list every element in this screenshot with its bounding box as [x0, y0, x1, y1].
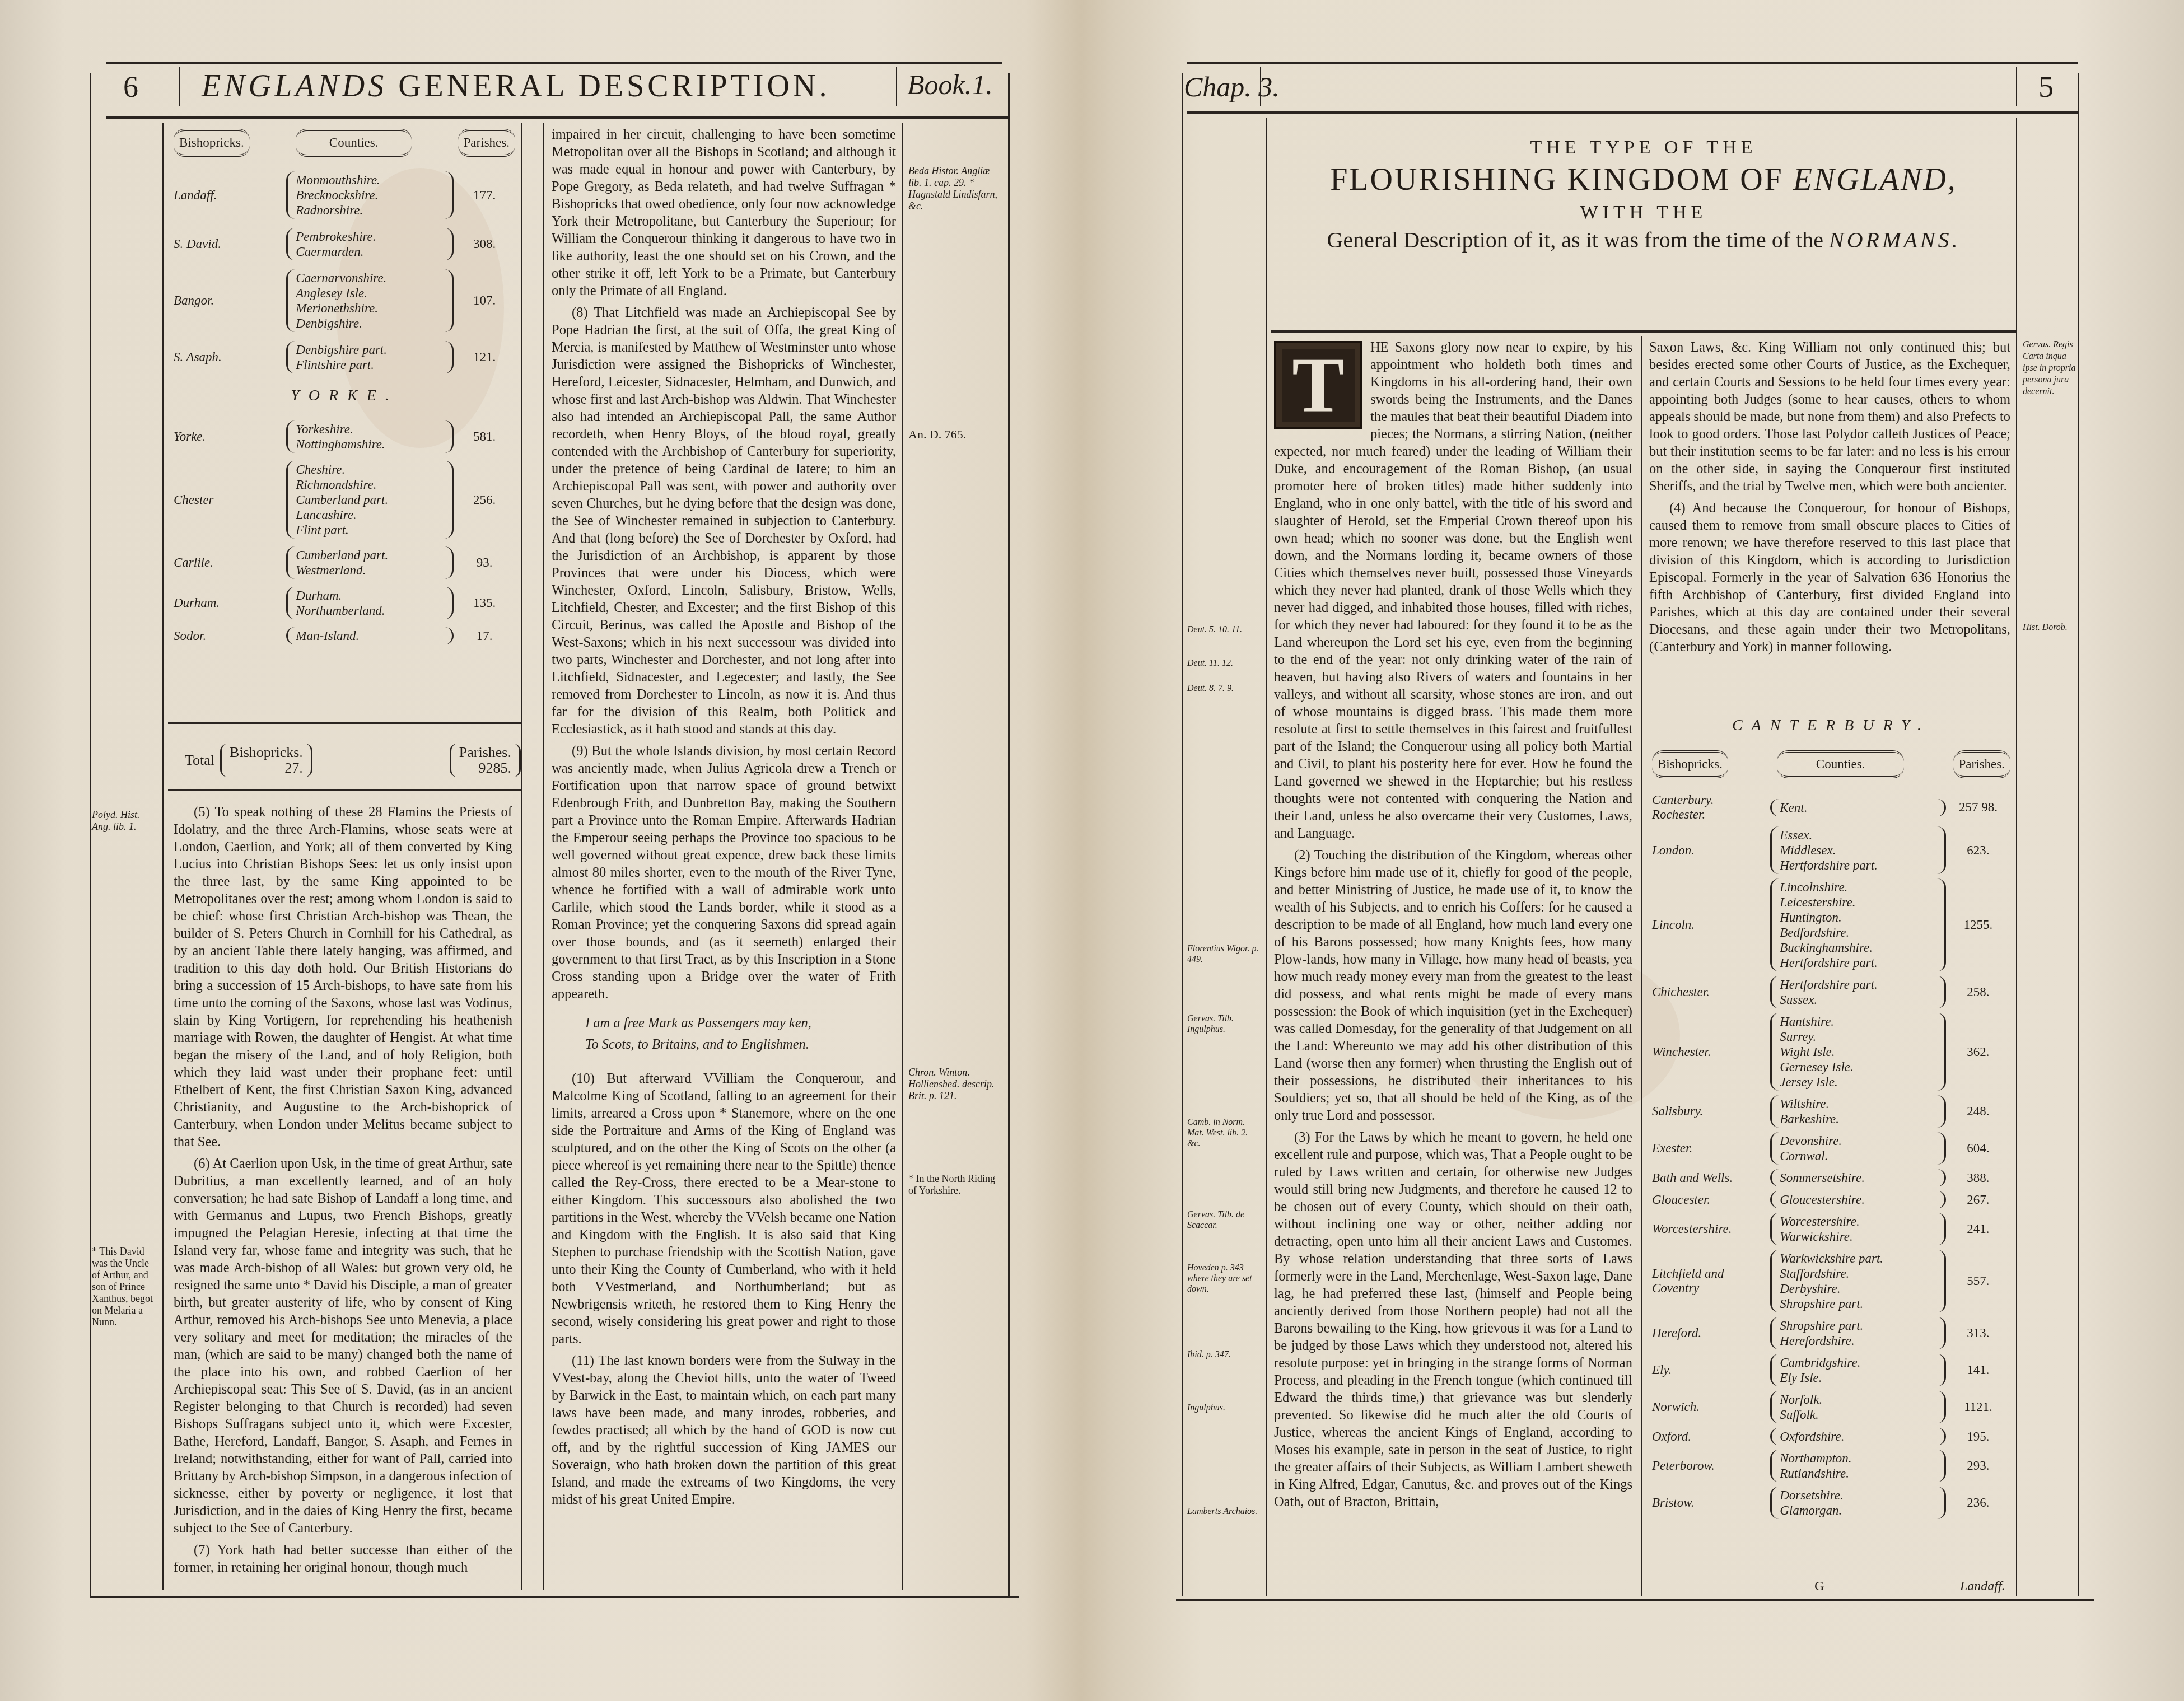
county-name: Merionethshire.: [296, 301, 444, 316]
parishes-cell: 557.: [1946, 1274, 2010, 1288]
counties-cell: Kent.: [1770, 799, 1946, 816]
margin-note: Florentius Wigor. p. 449.: [1187, 943, 1263, 965]
counties-cell: Sommersetshire.: [1770, 1169, 1946, 1186]
county-name: Flintshire part.: [296, 357, 444, 372]
counties-cell: Denbigshire part.Flintshire part.: [286, 341, 454, 373]
margin-note: An. D. 765.: [908, 428, 1004, 440]
county-name: Caernarvonshire.: [296, 270, 444, 286]
table-row: Worcestershire.Worcestershire.Warwickshi…: [1652, 1213, 2010, 1245]
counties-cell: Hantshire.Surrey.Wight Isle.Gernesey Isl…: [1770, 1013, 1946, 1091]
bishoprick-cell: S. Asaph.: [174, 350, 286, 364]
margin-note: Chron. Winton. Hollienshed. descrip. Bri…: [908, 1067, 1004, 1102]
county-name: Sussex.: [1780, 992, 1936, 1007]
bishoprick-cell: Carlile.: [174, 555, 286, 570]
footer-rule: [1176, 1599, 2094, 1601]
parishes-cell: 93.: [454, 555, 515, 570]
county-name: Surrey.: [1780, 1029, 1936, 1044]
counties-cell: Cheshire.Richmondshire.Cumberland part.L…: [286, 461, 454, 539]
county-name: Cornwal.: [1780, 1148, 1936, 1163]
bishopricks-table-wales-yorke: Bishopricks. Counties. Parishes. Landaff…: [174, 129, 515, 652]
header-rule-bottom: [106, 116, 1008, 119]
paragraph-5: (5) To speak nothing of these 28 Flamins…: [174, 803, 512, 1151]
table-row: Ely.Cambridgshire.Ely Isle.141.: [1652, 1354, 2010, 1386]
header-bishopricks: Bishopricks.: [1652, 750, 1728, 778]
parishes-cell: 107.: [454, 293, 515, 308]
table-header: Bishopricks. Counties. Parishes.: [174, 129, 515, 157]
header-parishes: Parishes.: [458, 129, 515, 157]
county-name: Devonshire.: [1780, 1133, 1936, 1148]
bishoprick-cell: Hereford.: [1652, 1326, 1770, 1340]
bishoprick-cell: Worcestershire.: [1652, 1222, 1770, 1236]
county-name: Hertfordshire part.: [1780, 977, 1936, 992]
text-column-2: Saxon Laws, &c. King William not only co…: [1649, 339, 2010, 660]
total-parishes-value: 9285.: [479, 760, 512, 776]
margin-note: Gervas. Tilb. de Scaccar.: [1187, 1209, 1263, 1231]
title-line-1: THE TYPE OF THE: [1271, 137, 2016, 158]
county-name: Norfolk.: [1780, 1392, 1936, 1407]
county-name: Northumberland.: [296, 603, 444, 618]
county-name: Cheshire.: [296, 462, 444, 477]
table-row: Winchester.Hantshire.Surrey.Wight Isle.G…: [1652, 1013, 2010, 1091]
counties-cell: Northampton.Rutlandshire.: [1770, 1450, 1946, 1482]
county-name: Sommersetshire.: [1780, 1170, 1936, 1185]
counties-cell: Cambridgshire.Ely Isle.: [1770, 1354, 1946, 1386]
counties-cell: Warkwickshire part.Staffordshire.Derbysh…: [1770, 1250, 1946, 1312]
table-row: S. David.Pembrokeshire.Caermarden.308.: [174, 228, 515, 260]
county-name: Monmouthshire.: [296, 172, 444, 188]
margin-note: Ibid. p. 347.: [1187, 1349, 1263, 1360]
county-name: Northampton.: [1780, 1451, 1936, 1466]
bishopricks-table-canterbury: CANTERBURY. Bishopricks. Counties. Paris…: [1652, 717, 2010, 1524]
title-line-2-roman: FLOURISHING KINGDOM OF: [1330, 162, 1784, 197]
running-title-roman: GENERAL DESCRIPTION.: [398, 69, 830, 104]
header-divider: [179, 67, 180, 106]
total-label: Total: [185, 752, 214, 769]
parishes-cell: 581.: [454, 429, 515, 444]
county-name: Flint part.: [296, 522, 444, 538]
county-name: Gernesey Isle.: [1780, 1059, 1936, 1074]
title-line-4-italic: NORMANS.: [1829, 227, 1960, 253]
county-name: Middlesex.: [1780, 843, 1936, 858]
title-line-2: FLOURISHING KINGDOM OF ENGLAND,: [1271, 162, 2016, 198]
chapter-title: THE TYPE OF THE FLOURISHING KINGDOM OF E…: [1271, 137, 2016, 253]
margin-note: Ingulphus.: [1187, 1403, 1263, 1413]
bishoprick-cell: Yorke.: [174, 429, 286, 444]
title-line-2-italic: ENGLAND,: [1793, 162, 1957, 197]
table-row: Salisbury.Wiltshire.Barkeshire.248.: [1652, 1095, 2010, 1128]
header-parishes: Parishes.: [1953, 750, 2010, 778]
county-name: Kent.: [1780, 800, 1936, 815]
margin-note: Hoveden p. 343 where they are set down.: [1187, 1263, 1263, 1295]
counties-cell: Lincolnshire.Leicestershire.Huntington.B…: [1770, 878, 1946, 971]
table-row: Chichester.Hertfordshire part.Sussex.258…: [1652, 976, 2010, 1008]
verse-line: I am a free Mark as Passengers may ken,: [585, 1013, 896, 1034]
margin-note: * This David was the Uncle of Arthur, an…: [92, 1246, 159, 1328]
county-name: Huntington.: [1780, 910, 1936, 925]
table-body-wales: Landaff.Monmouthshire.Brecknockshire.Rad…: [174, 171, 515, 373]
bishoprick-cell: Litchfield and Coventry: [1652, 1267, 1770, 1296]
parishes-cell: 267.: [1946, 1193, 2010, 1207]
county-name: Cambridgshire.: [1780, 1355, 1936, 1370]
title-line-4-roman: General Description of it, as it was fro…: [1327, 227, 1823, 253]
counties-cell: Shropshire part.Herefordshire.: [1770, 1317, 1946, 1349]
paragraph-7: (7) York hath had better successe than e…: [174, 1541, 512, 1576]
county-name: Buckinghamshire.: [1780, 940, 1936, 955]
header-rule-top: [106, 62, 1002, 64]
counties-cell: Essex.Middlesex.Hertfordshire part.: [1770, 826, 1946, 874]
parishes-cell: 258.: [1946, 985, 2010, 999]
page-border-right: [1008, 73, 1010, 1596]
column-rule: [1266, 118, 1267, 1596]
county-name: Nottinghamshire.: [296, 437, 444, 452]
county-name: Shropshire part.: [1780, 1318, 1936, 1333]
county-name: Jersey Isle.: [1780, 1074, 1936, 1090]
bishoprick-cell: Peterborow.: [1652, 1459, 1770, 1473]
table-row: Bristow.Dorsetshire.Glamorgan.236.: [1652, 1487, 2010, 1519]
bishoprick-cell: Bangor.: [174, 293, 286, 308]
column-rule: [902, 123, 903, 1590]
page-number: 6: [123, 69, 138, 104]
counties-cell: Devonshire.Cornwal.: [1770, 1132, 1946, 1165]
paragraph-11: (11) The last known borders were from th…: [552, 1352, 896, 1508]
table-row: Litchfield and CoventryWarkwickshire par…: [1652, 1250, 2010, 1312]
total-bishopricks-value: 27.: [284, 760, 303, 776]
counties-cell: Yorkeshire.Nottinghamshire.: [286, 420, 454, 453]
paragraph-6: (6) At Caerlion upon Usk, in the time of…: [174, 1155, 512, 1537]
table-row: Bath and Wells.Sommersetshire.388.: [1652, 1169, 2010, 1186]
county-name: Barkeshire.: [1780, 1111, 1936, 1127]
book-label: Book.1.: [907, 68, 993, 101]
bishoprick-cell: Salisbury.: [1652, 1104, 1770, 1119]
margin-note: Deut. 11. 12.: [1187, 658, 1263, 669]
county-name: Denbigshire.: [296, 316, 444, 331]
book-spread: 6 ENGLANDS GENERAL DESCRIPTION. Book.1. …: [0, 0, 2184, 1701]
county-name: Brecknockshire.: [296, 188, 444, 203]
parishes-cell: 121.: [454, 350, 515, 364]
margin-note: Gervas. Regis Carta inqua ipse in propri…: [2023, 339, 2079, 398]
counties-cell: Dorsetshire.Glamorgan.: [1770, 1487, 1946, 1519]
parishes-cell: 388.: [1946, 1171, 2010, 1185]
county-name: Essex.: [1780, 828, 1936, 843]
counties-cell: Pembrokeshire.Caermarden.: [286, 228, 454, 260]
page-border-left: [90, 73, 91, 1596]
table-row: Carlile.Cumberland part.Westmerland.93.: [174, 546, 515, 579]
header-counties: Counties.: [296, 129, 412, 157]
table-row: Peterborow.Northampton.Rutlandshire.293.: [1652, 1450, 2010, 1482]
catchword: Landaff.: [1960, 1579, 2005, 1594]
county-name: Durham.: [296, 588, 444, 603]
margin-note: Hist. Dorob.: [2023, 621, 2079, 633]
total-bishopricks-label: Bishopricks.: [230, 744, 303, 760]
margin-note: Deut. 8. 7. 9.: [1187, 683, 1263, 694]
table-row: Exester.Devonshire.Cornwal.604.: [1652, 1132, 2010, 1165]
header-divider: [2016, 67, 2017, 106]
bishoprick-cell: Lincoln.: [1652, 918, 1770, 932]
table-body-yorke: Yorke.Yorkeshire.Nottinghamshire.581.Che…: [174, 420, 515, 644]
parishes-cell: 1255.: [1946, 918, 2010, 932]
parishes-cell: 177.: [454, 188, 515, 203]
bishoprick-cell: Chichester.: [1652, 985, 1770, 999]
counties-cell: Durham.Northumberland.: [286, 587, 454, 619]
running-title-italic: ENGLANDS: [202, 69, 387, 104]
counties-cell: Man-Island.: [286, 627, 454, 644]
table-header: Bishopricks. Counties. Parishes.: [1652, 750, 2010, 778]
county-name: Warkwickshire part.: [1780, 1251, 1936, 1266]
county-name: Caermarden.: [296, 244, 444, 259]
counties-cell: Hertfordshire part.Sussex.: [1770, 976, 1946, 1008]
decorated-initial: T: [1274, 341, 1362, 429]
county-name: Rutlandshire.: [1780, 1466, 1936, 1481]
county-name: Worcestershire.: [1780, 1214, 1936, 1229]
table-rule: [168, 789, 521, 791]
county-name: Yorkeshire.: [296, 422, 444, 437]
column-rule: [1641, 336, 1642, 1596]
title-line-4: General Description of it, as it was fro…: [1271, 227, 2016, 253]
total-parishes-label: Parishes.: [459, 744, 511, 760]
table-total: Total Bishopricks.27. Parishes.9285.: [185, 744, 521, 777]
parishes-cell: 248.: [1946, 1104, 2010, 1119]
text-column-1: THE Saxons glory now near to expire, by …: [1274, 339, 1632, 1515]
footer-rule: [90, 1596, 1019, 1598]
county-name: Warwickshire.: [1780, 1229, 1936, 1244]
parishes-cell: 308.: [454, 237, 515, 251]
bishoprick-cell: S. David.: [174, 237, 286, 251]
county-name: Ely Isle.: [1780, 1370, 1936, 1385]
paragraph-3: (3) For the Laws by which he meant to go…: [1274, 1129, 1632, 1511]
county-name: Oxfordshire.: [1780, 1429, 1936, 1444]
paragraph-7-continued: impaired in her circuit, challenging to …: [552, 126, 896, 300]
table-row: Norwich.Norfolk.Suffolk.1121.: [1652, 1391, 2010, 1423]
table-row: Landaff.Monmouthshire.Brecknockshire.Rad…: [174, 171, 515, 219]
bishoprick-cell: London.: [1652, 843, 1770, 858]
bishoprick-cell: Exester.: [1652, 1141, 1770, 1156]
column-rule: [543, 123, 544, 1590]
header-divider: [896, 67, 897, 106]
opening-paragraph: THE Saxons glory now near to expire, by …: [1274, 339, 1632, 842]
county-name: Derbyshire.: [1780, 1281, 1936, 1296]
header-divider: [1260, 67, 1261, 106]
county-name: Cumberland part.: [296, 548, 444, 563]
county-name: Hertfordshire part.: [1780, 955, 1936, 970]
column-rule: [2016, 118, 2017, 1596]
header-bishopricks: Bishopricks.: [174, 129, 250, 157]
county-name: Dorsetshire.: [1780, 1488, 1936, 1503]
parishes-cell: 293.: [1946, 1459, 2010, 1473]
parishes-cell: 241.: [1946, 1222, 2010, 1236]
section-canterbury: CANTERBURY.: [1652, 717, 2010, 735]
bishoprick-cell: Ely.: [1652, 1363, 1770, 1377]
counties-cell: Cumberland part.Westmerland.: [286, 546, 454, 579]
header-counties: Counties.: [1777, 750, 1905, 778]
county-name: Hantshire.: [1780, 1014, 1936, 1029]
paragraph-4: (4) And because the Conquerour, for hono…: [1649, 499, 2010, 656]
bishoprick-cell: Durham.: [174, 596, 286, 610]
table-row: Yorke.Yorkeshire.Nottinghamshire.581.: [174, 420, 515, 453]
parishes-cell: 362.: [1946, 1045, 2010, 1059]
bishoprick-cell: Winchester.: [1652, 1045, 1770, 1059]
bishoprick-cell: Landaff.: [174, 188, 286, 203]
county-name: Suffolk.: [1780, 1407, 1936, 1422]
total-parishes: Parishes.9285.: [450, 744, 521, 777]
table-row: Canterbury. Rochester.Kent.257 98.: [1652, 793, 2010, 822]
county-name: Gloucestershire.: [1780, 1192, 1936, 1207]
counties-cell: Wiltshire.Barkeshire.: [1770, 1095, 1946, 1128]
table-body-canterbury: Canterbury. Rochester.Kent.257 98.London…: [1652, 793, 2010, 1519]
column-rule: [521, 123, 522, 1590]
stone-cross-inscription: I am a free Mark as Passengers may ken, …: [585, 1013, 896, 1055]
table-row: Sodor.Man-Island.17.: [174, 627, 515, 644]
county-name: Pembrokeshire.: [296, 229, 444, 244]
page-number: 5: [2038, 69, 2054, 104]
counties-cell: Norfolk.Suffolk.: [1770, 1391, 1946, 1423]
county-name: Richmondshire.: [296, 477, 444, 492]
parishes-cell: 141.: [1946, 1363, 2010, 1377]
total-bishopricks: Bishopricks.27.: [220, 744, 312, 777]
margin-note: Beda Histor. Angliæ lib. 1. cap. 29. * H…: [908, 165, 1004, 212]
verse-line: To Scots, to Britains, and to Englishmen…: [585, 1034, 896, 1055]
counties-cell: Gloucestershire.: [1770, 1191, 1946, 1208]
bishoprick-cell: Gloucester.: [1652, 1193, 1770, 1207]
table-row: ChesterCheshire.Richmondshire.Cumberland…: [174, 461, 515, 539]
margin-note: Lamberts Archaios.: [1187, 1506, 1263, 1517]
county-name: Wight Isle.: [1780, 1044, 1936, 1059]
bishoprick-cell: Bristow.: [1652, 1496, 1770, 1510]
table-row: Hereford.Shropshire part.Herefordshire.3…: [1652, 1317, 2010, 1349]
counties-cell: Monmouthshire.Brecknockshire.Radnorshire…: [286, 171, 454, 219]
county-name: Radnorshire.: [296, 203, 444, 218]
parishes-cell: 135.: [454, 596, 515, 610]
table-row: Durham.Durham.Northumberland.135.: [174, 587, 515, 619]
county-name: Hertfordshire part.: [1780, 858, 1936, 873]
left-page: 6 ENGLANDS GENERAL DESCRIPTION. Book.1. …: [90, 62, 1047, 1601]
parishes-cell: 236.: [1946, 1496, 2010, 1510]
margin-note: * In the North Riding of Yorkshire.: [908, 1173, 1004, 1197]
county-name: Glamorgan.: [1780, 1503, 1936, 1518]
chapter-label: Chap. 3.: [1184, 71, 1280, 103]
paragraph-3-continued: Saxon Laws, &c. King William not only co…: [1649, 339, 2010, 495]
county-name: Staffordshire.: [1780, 1266, 1936, 1281]
parishes-cell: 17.: [454, 629, 515, 643]
column-rule: [162, 123, 164, 1590]
parishes-cell: 256.: [454, 493, 515, 507]
counties-cell: Caernarvonshire.Anglesey Isle.Merioneths…: [286, 269, 454, 332]
parishes-cell: 313.: [1946, 1326, 2010, 1340]
paragraph-10: (10) But afterward VVilliam the Conquero…: [552, 1070, 896, 1348]
table-row: Lincoln.Lincolnshire.Leicestershire.Hunt…: [1652, 878, 2010, 971]
signature-mark: G: [1814, 1579, 1824, 1594]
margin-note: Deut. 5. 10. 11.: [1187, 624, 1263, 635]
county-name: Anglesey Isle.: [296, 286, 444, 301]
parishes-cell: 257 98.: [1946, 800, 2010, 815]
county-name: Herefordshire.: [1780, 1333, 1936, 1348]
right-page: Chap. 3. 5 THE TYPE OF THE FLOURISHING K…: [1176, 62, 2083, 1601]
header-rule-top: [1187, 62, 2078, 64]
text-column-2: impaired in her circuit, challenging to …: [552, 126, 896, 1513]
parishes-cell: 195.: [1946, 1429, 2010, 1444]
county-name: Bedfordshire.: [1780, 925, 1936, 940]
section-yorke: YORKE.: [174, 387, 515, 405]
title-rule: [1271, 330, 2016, 333]
running-title: ENGLANDS GENERAL DESCRIPTION.: [202, 68, 830, 104]
margin-note: Polyd. Hist. Ang. lib. 1.: [92, 809, 159, 833]
county-name: Wiltshire.: [1780, 1096, 1936, 1111]
paragraph-9: (9) But the whole Islands division, by m…: [552, 742, 896, 1003]
bishoprick-cell: Canterbury. Rochester.: [1652, 793, 1770, 822]
bishoprick-cell: Bath and Wells.: [1652, 1171, 1770, 1185]
county-name: Denbigshire part.: [296, 342, 444, 357]
table-row: Gloucester.Gloucestershire.267.: [1652, 1191, 2010, 1208]
page-border-left: [1182, 73, 1183, 1596]
table-row: London.Essex.Middlesex.Hertfordshire par…: [1652, 826, 2010, 874]
bishoprick-cell: Sodor.: [174, 629, 286, 643]
paragraph-2: (2) Touching the distribution of the Kin…: [1274, 847, 1632, 1124]
table-row: S. Asaph.Denbigshire part.Flintshire par…: [174, 341, 515, 373]
header-rule-bottom: [1187, 111, 2078, 114]
bishoprick-cell: Norwich.: [1652, 1400, 1770, 1414]
county-name: Westmerland.: [296, 563, 444, 578]
parishes-cell: 623.: [1946, 843, 2010, 858]
title-line-3: WITH THE: [1271, 202, 2016, 223]
margin-note: Gervas. Tilb. Ingulphus.: [1187, 1013, 1263, 1035]
table-row: Bangor.Caernarvonshire.Anglesey Isle.Mer…: [174, 269, 515, 332]
county-name: Leicestershire.: [1780, 895, 1936, 910]
county-name: Cumberland part.: [296, 492, 444, 507]
table-row: Oxford.Oxfordshire.195.: [1652, 1428, 2010, 1445]
counties-cell: Worcestershire.Warwickshire.: [1770, 1213, 1946, 1245]
county-name: Shropshire part.: [1780, 1296, 1936, 1311]
paragraph-8: (8) That Litchfield was made an Archiepi…: [552, 304, 896, 738]
county-name: Lancashire.: [296, 507, 444, 522]
text-column-1: (5) To speak nothing of these 28 Flamins…: [174, 803, 512, 1581]
page-border-right: [2078, 73, 2079, 1596]
parishes-cell: 604.: [1946, 1141, 2010, 1156]
county-name: Man-Island.: [296, 628, 444, 643]
bishoprick-cell: Oxford.: [1652, 1429, 1770, 1444]
margin-note: Camb. in Norm. Mat. West. lib. 2. &c.: [1187, 1117, 1263, 1149]
parishes-cell: 1121.: [1946, 1400, 2010, 1414]
county-name: Lincolnshire.: [1780, 880, 1936, 895]
bishoprick-cell: Chester: [174, 493, 286, 507]
counties-cell: Oxfordshire.: [1770, 1428, 1946, 1445]
table-rule: [168, 722, 521, 724]
